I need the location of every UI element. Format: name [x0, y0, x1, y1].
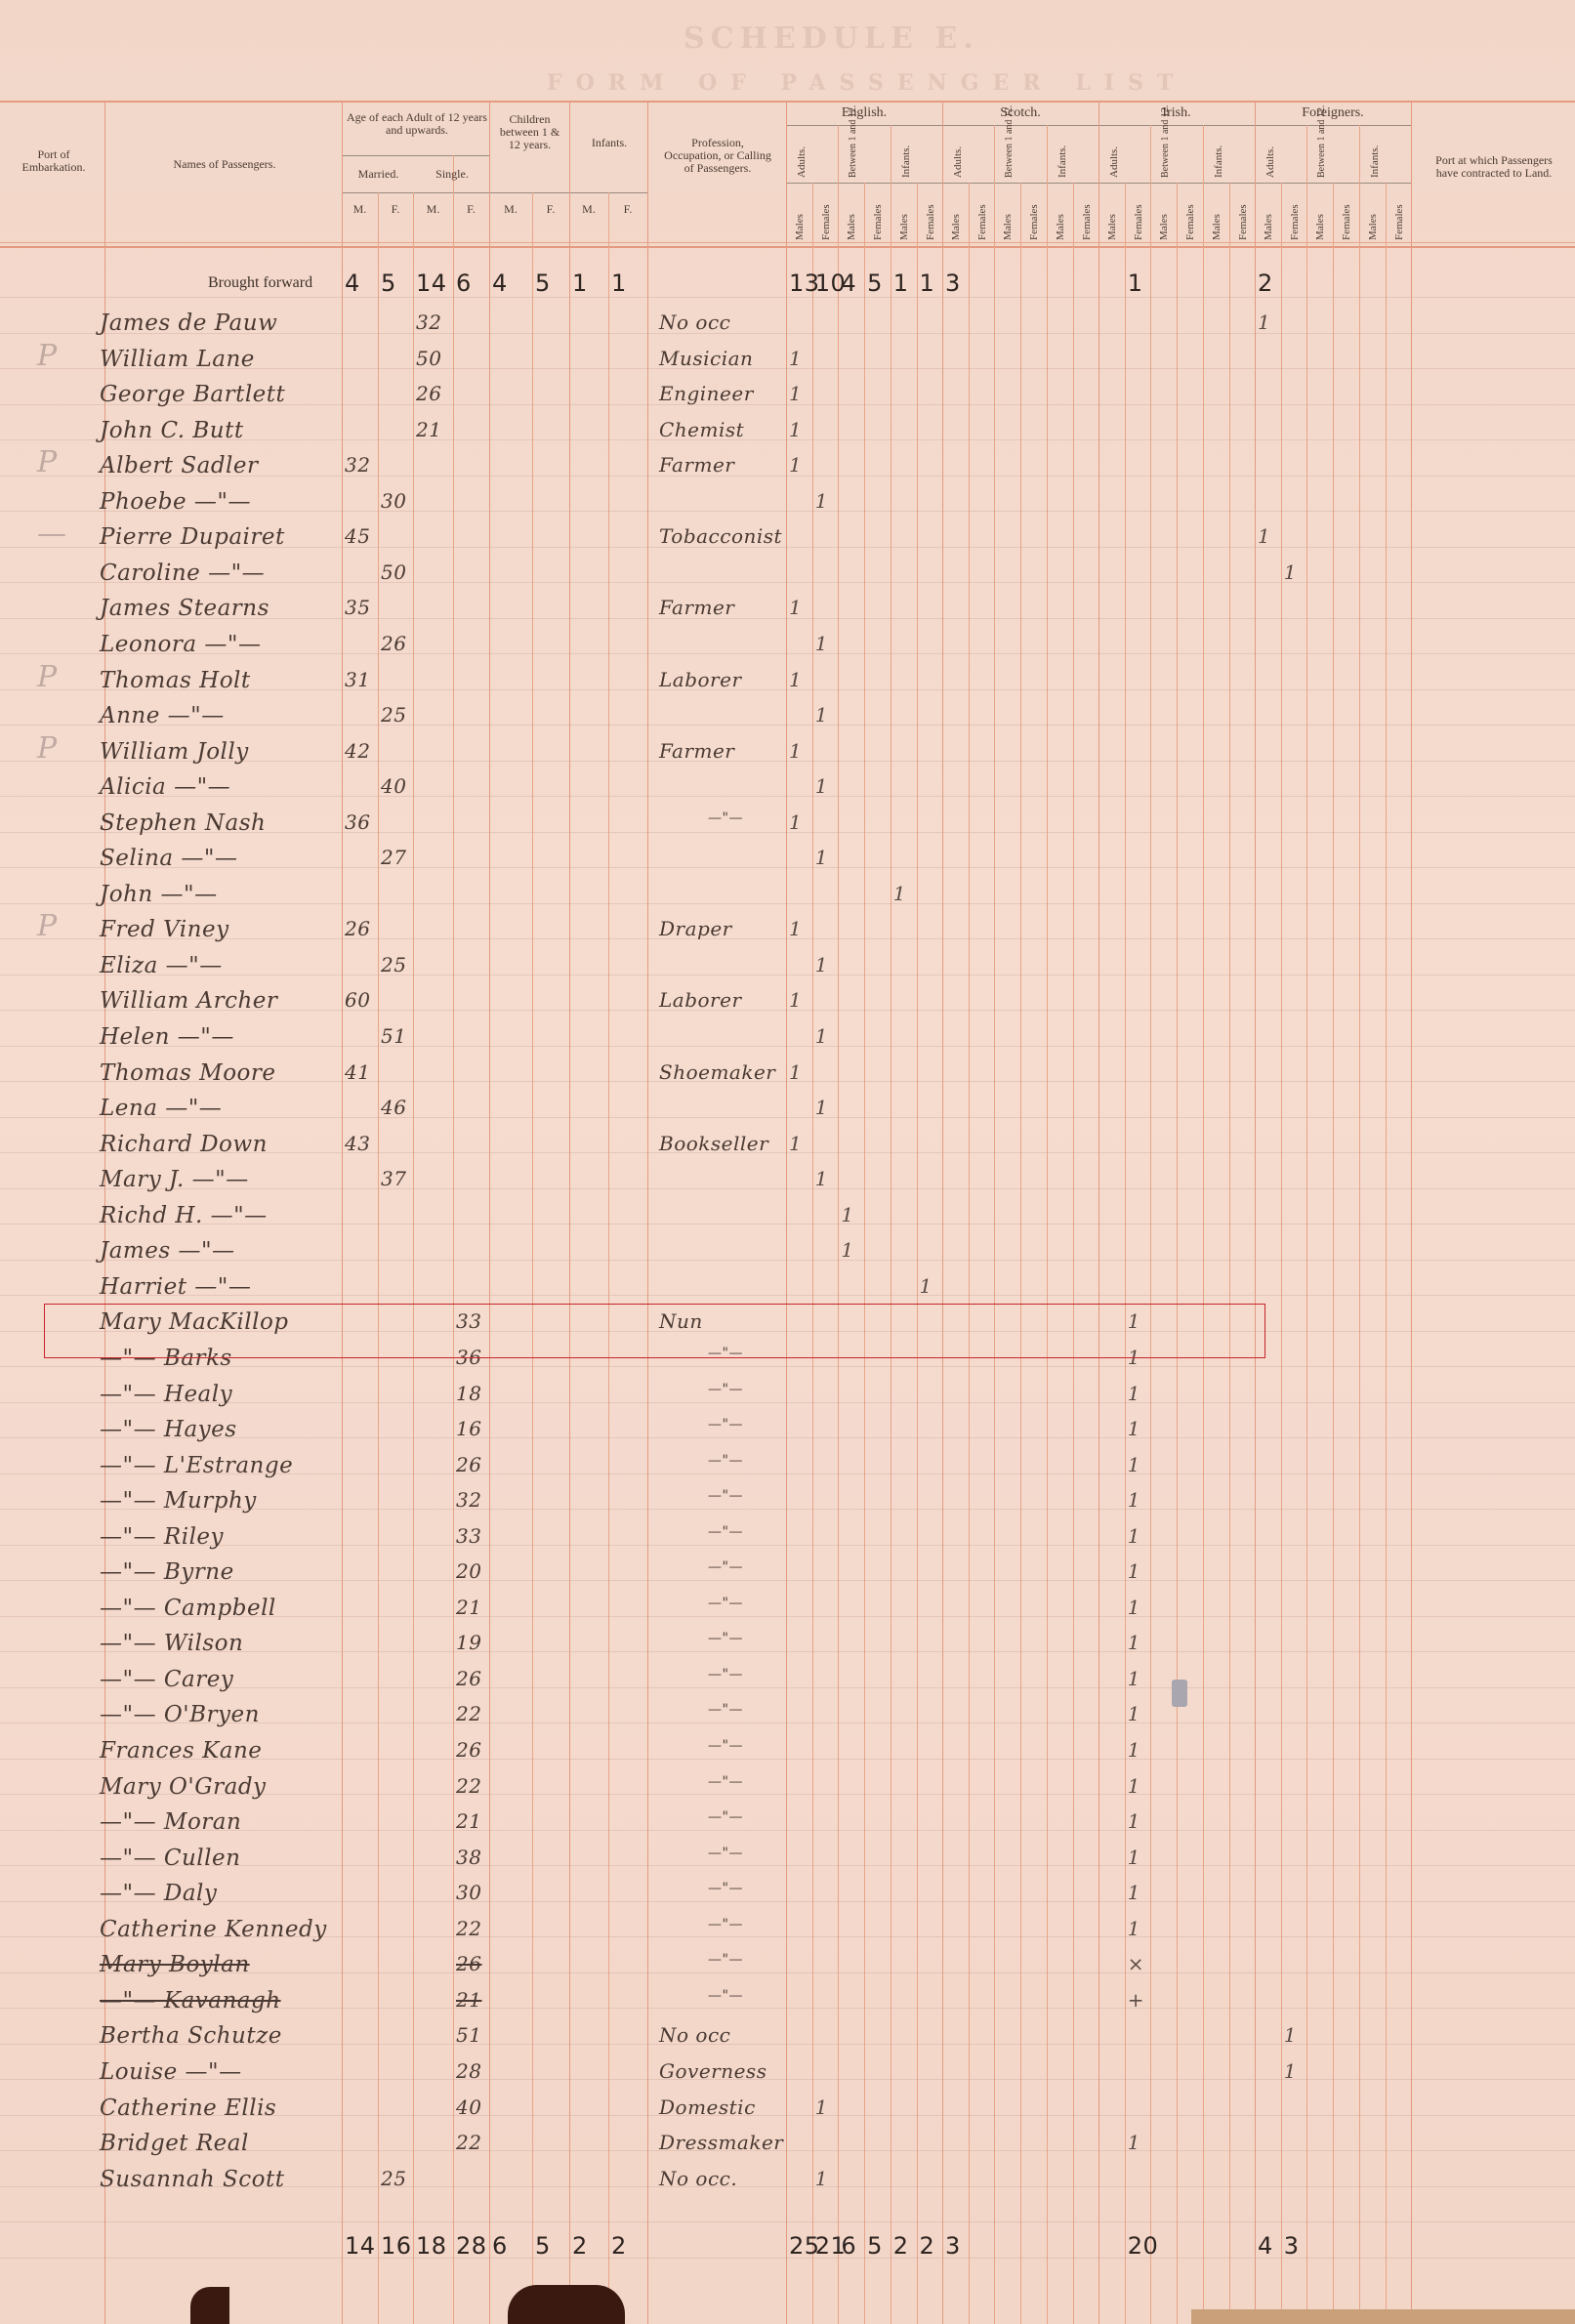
- cell-single-m: 50: [416, 347, 456, 370]
- row-rule: [0, 975, 1575, 975]
- cell-married-f: 30: [381, 489, 416, 513]
- cell-english-adults-m: 1: [789, 596, 815, 619]
- header-married: Married.: [347, 168, 410, 181]
- header-irish-adults-f: Females: [1133, 204, 1144, 240]
- cell-married-m: 60: [345, 988, 381, 1012]
- header-irish-adults-m: Males: [1106, 214, 1118, 240]
- cell-married-m: 32: [345, 453, 381, 477]
- total-english-infants-f: 2: [920, 2232, 946, 2260]
- total-scotch-adults-m: 3: [945, 2232, 972, 2260]
- passenger-profession: —"—: [708, 1488, 743, 1504]
- cell-english-adults-f: 1: [815, 703, 842, 726]
- passenger-profession: —"—: [708, 1631, 743, 1646]
- header-bottom-rule: [0, 242, 1575, 243]
- cell-irish-adults-f: 1: [1128, 1917, 1154, 1940]
- passenger-name: John —"—: [100, 882, 218, 907]
- header-scotch-between-m: Males: [1002, 214, 1014, 240]
- cell-married-f: 26: [381, 632, 416, 655]
- passenger-name: Bertha Schutze: [100, 2023, 282, 2049]
- paper-smudge: [1172, 1680, 1187, 1707]
- cell-irish-adults-f: 1: [1128, 1881, 1154, 1904]
- header-top-rule: [0, 101, 1575, 103]
- total-foreign-adults-f: 3: [1284, 2232, 1310, 2260]
- cell-foreign-adults-f: 1: [1284, 2023, 1310, 2047]
- header-port-of-embarkation: Port of Embarkation.: [5, 148, 103, 174]
- column-rule-minor: [994, 125, 995, 2324]
- passenger-name: John C. Butt: [100, 418, 244, 443]
- brought-forward-children-f: 5: [535, 270, 572, 297]
- cell-foreign-adults-m: 1: [1258, 524, 1284, 548]
- passenger-name: Susannah Scott: [100, 2167, 285, 2192]
- passenger-profession: —"—: [708, 1774, 743, 1790]
- passenger-name: —"— Campbell: [100, 1596, 276, 1621]
- header-english-adults-f: Females: [820, 204, 832, 240]
- header-scotch-infants: Infants.: [1057, 145, 1068, 178]
- passenger-name: William Archer: [100, 988, 277, 1014]
- header-foreign-between-f: Females: [1341, 204, 1352, 240]
- cell-english-adults-m: 1: [789, 810, 815, 834]
- header-foreign: Foreigners.: [1255, 105, 1411, 120]
- header-english: English.: [786, 105, 942, 120]
- header-scotch-infants-f: Females: [1081, 204, 1093, 240]
- passenger-profession: —"—: [708, 1738, 743, 1754]
- passenger-name: Phoebe —"—: [100, 489, 251, 515]
- margin-annotation: P: [37, 445, 57, 479]
- row-rule: [0, 903, 1575, 904]
- cell-irish-adults-f: 1: [1128, 1453, 1154, 1476]
- column-rule: [1411, 101, 1412, 2324]
- passenger-name: —"— Wilson: [100, 1631, 243, 1656]
- cell-married-f: 25: [381, 953, 416, 976]
- header-foreign-infants-m: Males: [1367, 214, 1379, 240]
- header-foreign-between-m: Males: [1314, 214, 1326, 240]
- passenger-profession: Domestic: [659, 2096, 756, 2119]
- passenger-name: Louise —"—: [100, 2059, 242, 2085]
- column-rule-minor: [812, 183, 813, 2324]
- header-english-between-m: Males: [846, 214, 857, 240]
- row-rule: [0, 2221, 1575, 2222]
- passenger-name: —"— Moran: [100, 1809, 241, 1835]
- cell-married-f: 51: [381, 1024, 416, 1048]
- header-irish-adults: Adults.: [1108, 146, 1120, 178]
- passenger-name: Catherine Kennedy: [100, 1917, 327, 1942]
- column-rule-minor: [1073, 183, 1074, 2324]
- passenger-name: —"— L'Estrange: [100, 1453, 293, 1478]
- cell-married-m: 43: [345, 1132, 381, 1155]
- header-scotch-infants-m: Males: [1055, 214, 1066, 240]
- cell-married-m: 45: [345, 524, 381, 548]
- cell-irish-adults-f: 1: [1128, 1667, 1154, 1690]
- column-rule-minor: [378, 192, 379, 2324]
- brought-forward-infants-m: 1: [572, 270, 611, 297]
- row-rule: [0, 2258, 1575, 2259]
- row-rule: [0, 796, 1575, 797]
- cell-foreign-adults-m: 1: [1258, 311, 1284, 334]
- header-bottom-rule-2: [0, 246, 1575, 248]
- cell-english-adults-f: 1: [815, 846, 842, 869]
- cell-single-f: 18: [456, 1382, 492, 1405]
- column-rule-minor: [838, 125, 839, 2324]
- cell-single-m: 32: [416, 311, 456, 334]
- passenger-profession: Governess: [659, 2059, 767, 2083]
- header-foreign-adults-m: Males: [1263, 214, 1274, 240]
- passenger-profession: —"—: [708, 1382, 743, 1397]
- total-single-m: 18: [416, 2232, 456, 2260]
- cell-single-f: 21: [456, 1809, 492, 1833]
- cell-single-f: 22: [456, 2131, 492, 2154]
- column-rule-minor: [608, 192, 609, 2324]
- passenger-name: —"— Byrne: [100, 1559, 234, 1585]
- cell-married-f: 25: [381, 703, 416, 726]
- passenger-profession: —"—: [708, 1702, 743, 1718]
- total-english-adults-f: 21: [815, 2232, 842, 2260]
- row-rule: [0, 1580, 1575, 1581]
- passenger-name: —"— Carey: [100, 1667, 233, 1692]
- brought-forward-english-infants-m: 1: [893, 270, 920, 297]
- brought-forward-english-between-m: 4: [841, 270, 867, 297]
- passenger-profession: —"—: [708, 1524, 743, 1540]
- total-single-f: 28: [456, 2232, 492, 2260]
- margin-annotation: P: [37, 660, 57, 694]
- passenger-profession: Engineer: [659, 382, 754, 405]
- header-english-between-f: Females: [872, 204, 884, 240]
- cell-english-adults-f: 1: [815, 1096, 842, 1119]
- header-single: Single.: [418, 168, 486, 181]
- header-scotch-adults-f: Females: [976, 204, 988, 240]
- cell-english-adults-f: 1: [815, 2096, 842, 2119]
- row-rule: [0, 938, 1575, 939]
- total-children-f: 5: [535, 2232, 572, 2260]
- passenger-profession: —"—: [708, 810, 743, 826]
- cell-single-f: 33: [456, 1524, 492, 1548]
- cell-married-m: 31: [345, 668, 381, 691]
- passenger-profession: No occ: [659, 311, 730, 334]
- passenger-name: Mary O'Grady: [100, 1774, 267, 1800]
- paper-tear-right: [1191, 2309, 1575, 2324]
- header-english-adults-m: Males: [794, 214, 806, 240]
- cell-irish-adults-f: 1: [1128, 2131, 1154, 2154]
- cell-married-f: 27: [381, 846, 416, 869]
- total-english-infants-m: 2: [893, 2232, 920, 2260]
- brought-forward-foreign-adults-m: 2: [1258, 270, 1284, 297]
- row-rule: [0, 1545, 1575, 1546]
- cell-english-adults-m: 1: [789, 668, 815, 691]
- header-english-adults: Adults.: [796, 146, 808, 178]
- passenger-name: —"— Healy: [100, 1382, 232, 1407]
- column-rule-minor: [1125, 183, 1126, 2324]
- passenger-name: Selina —"—: [100, 846, 238, 871]
- passenger-profession: Tobacconist: [659, 524, 782, 548]
- column-rule-minor: [1333, 183, 1334, 2324]
- cell-irish-adults-f: 1: [1128, 1559, 1154, 1583]
- row-rule: [0, 1046, 1575, 1047]
- cell-irish-adults-f: 1: [1128, 1417, 1154, 1440]
- passenger-profession: Laborer: [659, 668, 742, 691]
- cell-single-f: 20: [456, 1559, 492, 1583]
- passenger-name: Richard Down: [100, 1132, 268, 1157]
- passenger-profession: —"—: [708, 1453, 743, 1469]
- passenger-profession: Shoemaker: [659, 1060, 775, 1084]
- cell-english-adults-m: 1: [789, 453, 815, 477]
- header-scotch: Scotch.: [942, 105, 1098, 120]
- column-rule-minor: [917, 183, 918, 2324]
- row-rule: [0, 725, 1575, 726]
- passenger-profession: —"—: [708, 1596, 743, 1611]
- column-rule-minor: [1203, 125, 1204, 2324]
- passenger-profession: Chemist: [659, 418, 744, 441]
- passenger-profession: Musician: [659, 347, 753, 370]
- brought-forward-english-adults-f: 10: [815, 270, 842, 297]
- total-english-between-f: 5: [867, 2232, 893, 2260]
- cell-english-infants-f: 1: [920, 1274, 946, 1298]
- passenger-profession: Farmer: [659, 739, 734, 763]
- header-single-f: F.: [453, 203, 489, 216]
- header-single-m: M.: [413, 203, 453, 216]
- passenger-profession: —"—: [708, 1667, 743, 1682]
- paper-tear-left: [190, 2287, 229, 2324]
- header-infants-f: F.: [608, 203, 647, 216]
- column-rule: [647, 101, 648, 2324]
- cell-irish-adults-f: 1: [1128, 1524, 1154, 1548]
- header-age-group: Age of each Adult of 12 years and upward…: [344, 111, 490, 137]
- header-foreign-infants-f: Females: [1393, 204, 1405, 240]
- cell-single-f: 30: [456, 1881, 492, 1904]
- header-scotch-adults: Adults.: [952, 146, 964, 178]
- header-scotch-between: Between 1 and 12.: [1004, 105, 1015, 178]
- total-married-m: 14: [345, 2232, 381, 2260]
- passenger-name: Stephen Nash: [100, 810, 266, 836]
- header-irish: Irish.: [1098, 105, 1255, 120]
- passenger-name: William Jolly: [100, 739, 249, 765]
- passenger-name: —"— Kavanagh: [100, 1988, 281, 2013]
- mf-subrule: [342, 192, 647, 193]
- cell-english-adults-m: 1: [789, 347, 815, 370]
- cell-english-adults-f: 1: [815, 774, 842, 798]
- cell-single-f: 21: [456, 1988, 492, 2012]
- header-foreign-adults: Adults.: [1264, 146, 1276, 178]
- header-irish-infants: Infants.: [1213, 145, 1224, 178]
- cell-single-f: 22: [456, 1702, 492, 1725]
- passenger-profession: —"—: [708, 1559, 743, 1575]
- passenger-name: Albert Sadler: [100, 453, 259, 478]
- column-rule-minor: [969, 183, 970, 2324]
- cell-irish-adults-f: 1: [1128, 1738, 1154, 1762]
- cell-english-adults-f: 1: [815, 489, 842, 513]
- passenger-profession: Farmer: [659, 453, 734, 477]
- cell-single-f: 26: [456, 1738, 492, 1762]
- cell-married-f: 46: [381, 1096, 416, 1119]
- header-irish-infants-m: Males: [1211, 214, 1223, 240]
- cell-single-f: 22: [456, 1917, 492, 1940]
- column-rule-minor: [1306, 125, 1307, 2324]
- passenger-name: Alicia —"—: [100, 774, 230, 800]
- cell-single-f: 21: [456, 1596, 492, 1619]
- cell-single-f: 26: [456, 1952, 492, 1975]
- cell-irish-adults-f: 1: [1128, 1809, 1154, 1833]
- brought-forward-english-between-f: 5: [867, 270, 893, 297]
- passenger-profession: No occ.: [659, 2167, 737, 2190]
- cell-single-f: 19: [456, 1631, 492, 1654]
- cell-married-f: 25: [381, 2167, 416, 2190]
- passenger-name: Leonora —"—: [100, 632, 262, 657]
- column-rule-minor: [1359, 125, 1360, 2324]
- cell-irish-adults-f: 1: [1128, 1774, 1154, 1798]
- passenger-profession: —"—: [708, 1846, 743, 1861]
- cell-english-adults-f: 1: [815, 1024, 842, 1048]
- total-irish-adults-f: 20: [1128, 2232, 1154, 2260]
- column-rule-minor: [1177, 183, 1178, 2324]
- brought-forward-children-m: 4: [492, 270, 535, 297]
- margin-annotation: P: [37, 909, 57, 943]
- passenger-name: Caroline —"—: [100, 560, 265, 586]
- row-rule: [0, 1260, 1575, 1261]
- cell-married-f: 40: [381, 774, 416, 798]
- cell-irish-adults-f: ×: [1128, 1952, 1154, 1975]
- header-infants-m: M.: [569, 203, 608, 216]
- column-rule-minor: [1229, 183, 1230, 2324]
- passenger-name: Anne —"—: [100, 703, 225, 728]
- cell-english-adults-f: 1: [815, 953, 842, 976]
- passenger-profession: Draper: [659, 917, 732, 940]
- cell-english-adults-f: 1: [815, 2167, 842, 2190]
- passenger-name: —"— Hayes: [100, 1417, 237, 1442]
- cell-english-between-m: 1: [841, 1203, 867, 1226]
- cell-single-f: 26: [456, 1667, 492, 1690]
- header-married-f: F.: [378, 203, 413, 216]
- passenger-name: —"— Cullen: [100, 1846, 240, 1871]
- passenger-name: William Lane: [100, 347, 255, 372]
- cell-single-f: 32: [456, 1488, 492, 1512]
- column-rule-minor: [453, 192, 454, 2324]
- cell-english-adults-m: 1: [789, 418, 815, 441]
- passenger-profession: —"—: [708, 1988, 743, 2004]
- cell-married-f: 50: [381, 560, 416, 584]
- cell-foreign-adults-f: 1: [1284, 2059, 1310, 2083]
- brought-forward-english-adults-m: 13: [789, 270, 815, 297]
- column-rule: [786, 101, 787, 2324]
- passenger-profession: —"—: [708, 1809, 743, 1825]
- cell-married-m: 36: [345, 810, 381, 834]
- row-rule: [0, 1366, 1575, 1367]
- header-scotch-between-f: Females: [1028, 204, 1040, 240]
- total-foreign-adults-m: 4: [1258, 2232, 1284, 2260]
- column-rule-minor: [1020, 183, 1021, 2324]
- header-children-f: F.: [532, 203, 569, 216]
- cell-irish-adults-f: 1: [1128, 1631, 1154, 1654]
- passenger-name: Richd H. —"—: [100, 1203, 268, 1228]
- total-married-f: 16: [381, 2232, 416, 2260]
- cell-single-f: 51: [456, 2023, 492, 2047]
- cell-irish-adults-f: 1: [1128, 1846, 1154, 1869]
- passenger-name: Pierre Dupairet: [100, 524, 285, 550]
- cell-irish-adults-f: +: [1128, 1988, 1154, 2012]
- header-married-m: M.: [342, 203, 378, 216]
- passenger-name: Thomas Holt: [100, 668, 251, 693]
- passenger-name: Fred Viney: [100, 917, 229, 942]
- total-children-m: 6: [492, 2232, 535, 2260]
- cell-single-f: 26: [456, 1453, 492, 1476]
- cell-english-adults-m: 1: [789, 1060, 815, 1084]
- header-english-infants-m: Males: [898, 214, 910, 240]
- brought-forward-irish-adults-f: 1: [1128, 270, 1154, 297]
- column-rule-minor: [532, 192, 533, 2324]
- passenger-name: Eliza —"—: [100, 953, 223, 978]
- passenger-name: Bridget Real: [100, 2131, 249, 2156]
- brought-forward-single-m: 14: [416, 270, 456, 297]
- passenger-name: Lena —"—: [100, 1096, 222, 1121]
- cell-single-m: 21: [416, 418, 456, 441]
- passenger-profession: No occ: [659, 2023, 730, 2047]
- cell-single-m: 26: [416, 382, 456, 405]
- passenger-name: —"— Riley: [100, 1524, 224, 1550]
- total-infants-m: 2: [572, 2232, 611, 2260]
- brought-forward-married-m: 4: [345, 270, 381, 297]
- passenger-name: James de Pauw: [100, 311, 277, 336]
- passenger-name: Mary Boylan: [100, 1952, 250, 1977]
- passenger-name: Frances Kane: [100, 1738, 262, 1764]
- passenger-profession: Bookseller: [659, 1132, 768, 1155]
- passenger-name: Helen —"—: [100, 1024, 234, 1050]
- header-infants: Infants.: [571, 137, 647, 149]
- row-rule: [0, 1402, 1575, 1403]
- cell-single-f: 40: [456, 2096, 492, 2119]
- document-page: SCHEDULE E. FORM OF PASSENGER LIST Port …: [0, 0, 1575, 2324]
- column-rule-minor: [1386, 183, 1387, 2324]
- header-children: Children between 1 & 12 years.: [493, 113, 566, 151]
- column-rule: [342, 101, 343, 2324]
- column-rule: [1098, 101, 1099, 2324]
- passenger-profession: —"—: [708, 1881, 743, 1896]
- cell-foreign-adults-f: 1: [1284, 560, 1310, 584]
- header-english-infants: Infants.: [900, 145, 912, 178]
- paper-tear-center: [508, 2285, 625, 2324]
- header-foreign-between: Between 1 and 12.: [1316, 105, 1327, 178]
- brought-forward-label: Brought forward: [208, 274, 312, 292]
- header-names-of-passengers: Names of Passengers.: [117, 158, 332, 171]
- header-scotch-adults-m: Males: [950, 214, 962, 240]
- header-irish-between-m: Males: [1158, 214, 1170, 240]
- margin-annotation: P: [37, 731, 57, 766]
- column-rule-minor: [1281, 183, 1282, 2324]
- faint-heading-form: FORM OF PASSENGER LIST: [547, 70, 1186, 96]
- passenger-name: Thomas Moore: [100, 1060, 276, 1086]
- total-english-between-m: 6: [841, 2232, 867, 2260]
- total-english-adults-m: 25: [789, 2232, 815, 2260]
- passenger-name: James —"—: [100, 1238, 235, 1264]
- cell-english-adults-m: 1: [789, 739, 815, 763]
- header-children-m: M.: [489, 203, 532, 216]
- cell-irish-adults-f: 1: [1128, 1488, 1154, 1512]
- highlight-box-mary-mackillop[interactable]: [44, 1304, 1265, 1358]
- cell-english-infants-m: 1: [893, 882, 920, 905]
- row-rule: [0, 1117, 1575, 1118]
- cell-single-f: 22: [456, 1774, 492, 1798]
- passenger-name: —"— Murphy: [100, 1488, 257, 1514]
- passenger-profession: —"—: [708, 1417, 743, 1432]
- passenger-name: —"— O'Bryen: [100, 1702, 260, 1727]
- margin-annotation: —: [37, 517, 66, 551]
- cell-irish-adults-f: 1: [1128, 1702, 1154, 1725]
- cell-english-adults-f: 1: [815, 632, 842, 655]
- passenger-profession: —"—: [708, 1952, 743, 1968]
- column-rule: [942, 101, 943, 2324]
- cell-single-f: 38: [456, 1846, 492, 1869]
- margin-annotation: P: [37, 339, 57, 373]
- header-irish-infants-f: Females: [1237, 204, 1249, 240]
- header-english-between: Between 1 and 12.: [848, 105, 858, 178]
- brought-forward-single-f: 6: [456, 270, 492, 297]
- header-profession: Profession, Occupation, or Calling of Pa…: [664, 137, 771, 175]
